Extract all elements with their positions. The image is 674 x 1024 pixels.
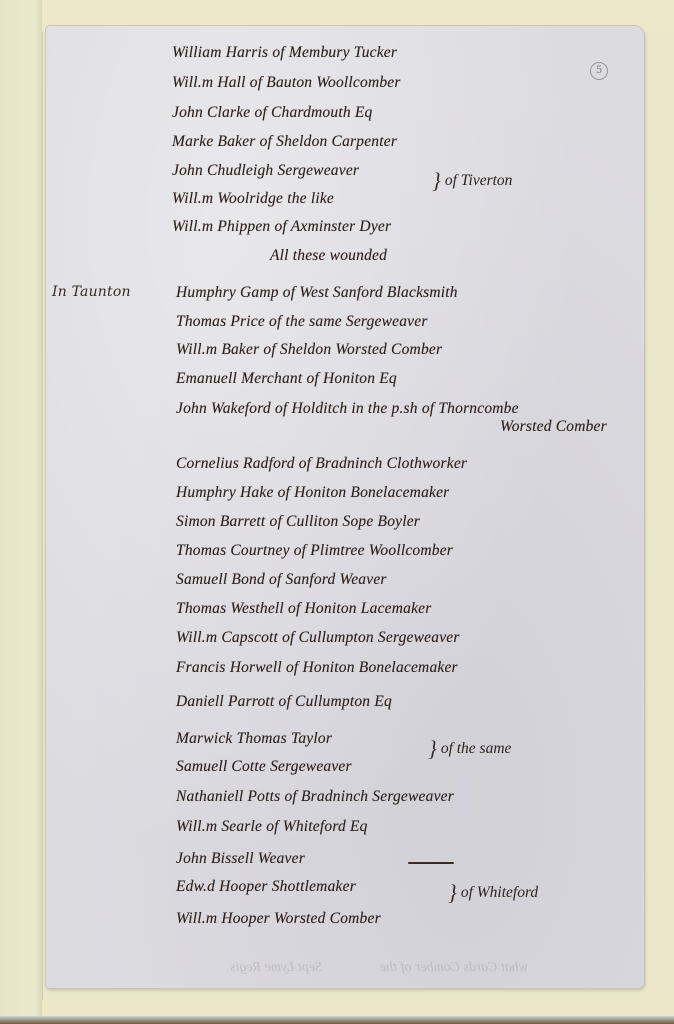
entry-line: Will.m Hooper Worsted Comber: [176, 910, 381, 928]
entry-line: Will.m Phippen of Axminster Dyer: [172, 218, 391, 236]
margin-heading: In Taunton: [52, 284, 131, 300]
entry-line: Cornelius Radford of Bradninch Clothwork…: [176, 455, 467, 473]
entry-line: Daniell Parrott of Cullumpton Eq: [176, 693, 392, 711]
bracket-note-text: of the same: [441, 740, 512, 757]
brace-icon: }: [428, 736, 437, 762]
entry-line: Samuell Bond of Sanford Weaver: [176, 571, 387, 589]
folio-number: 5: [590, 62, 608, 80]
brace-icon: }: [432, 168, 441, 194]
entry-line: Humphry Hake of Honiton Bonelacemaker: [176, 484, 449, 502]
entry-line: Will.m Capscott of Cullumpton Sergeweave…: [176, 629, 460, 647]
frame-edge: [0, 1016, 674, 1024]
entry-line: Thomas Courtney of Plimtree Woollcomber: [176, 542, 453, 560]
entry-line: John Clarke of Chardmouth Eq: [172, 104, 373, 122]
entry-line: Emanuell Merchant of Honiton Eq: [176, 370, 397, 388]
bleed-through-text: Sept Lyme Regis: [230, 960, 322, 976]
brace-icon: }: [448, 880, 457, 906]
bracket-note-whiteford: }of Whiteford: [448, 880, 538, 906]
entry-line: Thomas Westhell of Honiton Lacemaker: [176, 600, 431, 618]
bracket-note-same: }of the same: [428, 736, 511, 762]
entry-line: Samuell Cotte Sergeweaver: [176, 758, 352, 776]
closing-note: All these wounded: [270, 247, 387, 265]
bracket-note-text: of Tiverton: [445, 172, 513, 189]
entry-line: Marwick Thomas Taylor: [176, 730, 332, 748]
mount-left-edge: [0, 0, 43, 1024]
entry-line: John Chudleigh Sergeweaver: [172, 162, 359, 180]
entry-line: Humphry Gamp of West Sanford Blacksmith: [176, 284, 458, 302]
entry-line: Will.m Hall of Bauton Woollcomber: [172, 74, 401, 92]
entry-line: Simon Barrett of Culliton Sope Boyler: [176, 513, 420, 531]
bleed-through-text: what Cards Comber of the: [380, 960, 528, 976]
bracket-note-text: of Whiteford: [461, 884, 538, 901]
entry-line: Marke Baker of Sheldon Carpenter: [172, 133, 397, 151]
bracket-note-tiverton: }of Tiverton: [432, 168, 512, 194]
entry-line: Will.m Baker of Sheldon Worsted Comber: [176, 341, 442, 359]
entry-line: Nathaniell Potts of Bradninch Sergeweave…: [176, 788, 454, 806]
entry-line: Will.m Woolridge the like: [172, 190, 334, 208]
entry-line: John Wakeford of Holditch in the p.sh of…: [176, 400, 519, 418]
entry-line: Will.m Searle of Whiteford Eq: [176, 818, 368, 836]
entry-line: John Bissell Weaver: [176, 850, 305, 868]
entry-line: Thomas Price of the same Sergeweaver: [176, 313, 428, 331]
bracket-dash: [408, 862, 454, 864]
entry-line: Edw.d Hooper Shottlemaker: [176, 878, 356, 896]
entry-line: William Harris of Membury Tucker: [172, 44, 397, 62]
entry-line: Francis Horwell of Honiton Bonelacemaker: [176, 659, 458, 677]
entry-continuation: Worsted Comber: [500, 418, 607, 436]
